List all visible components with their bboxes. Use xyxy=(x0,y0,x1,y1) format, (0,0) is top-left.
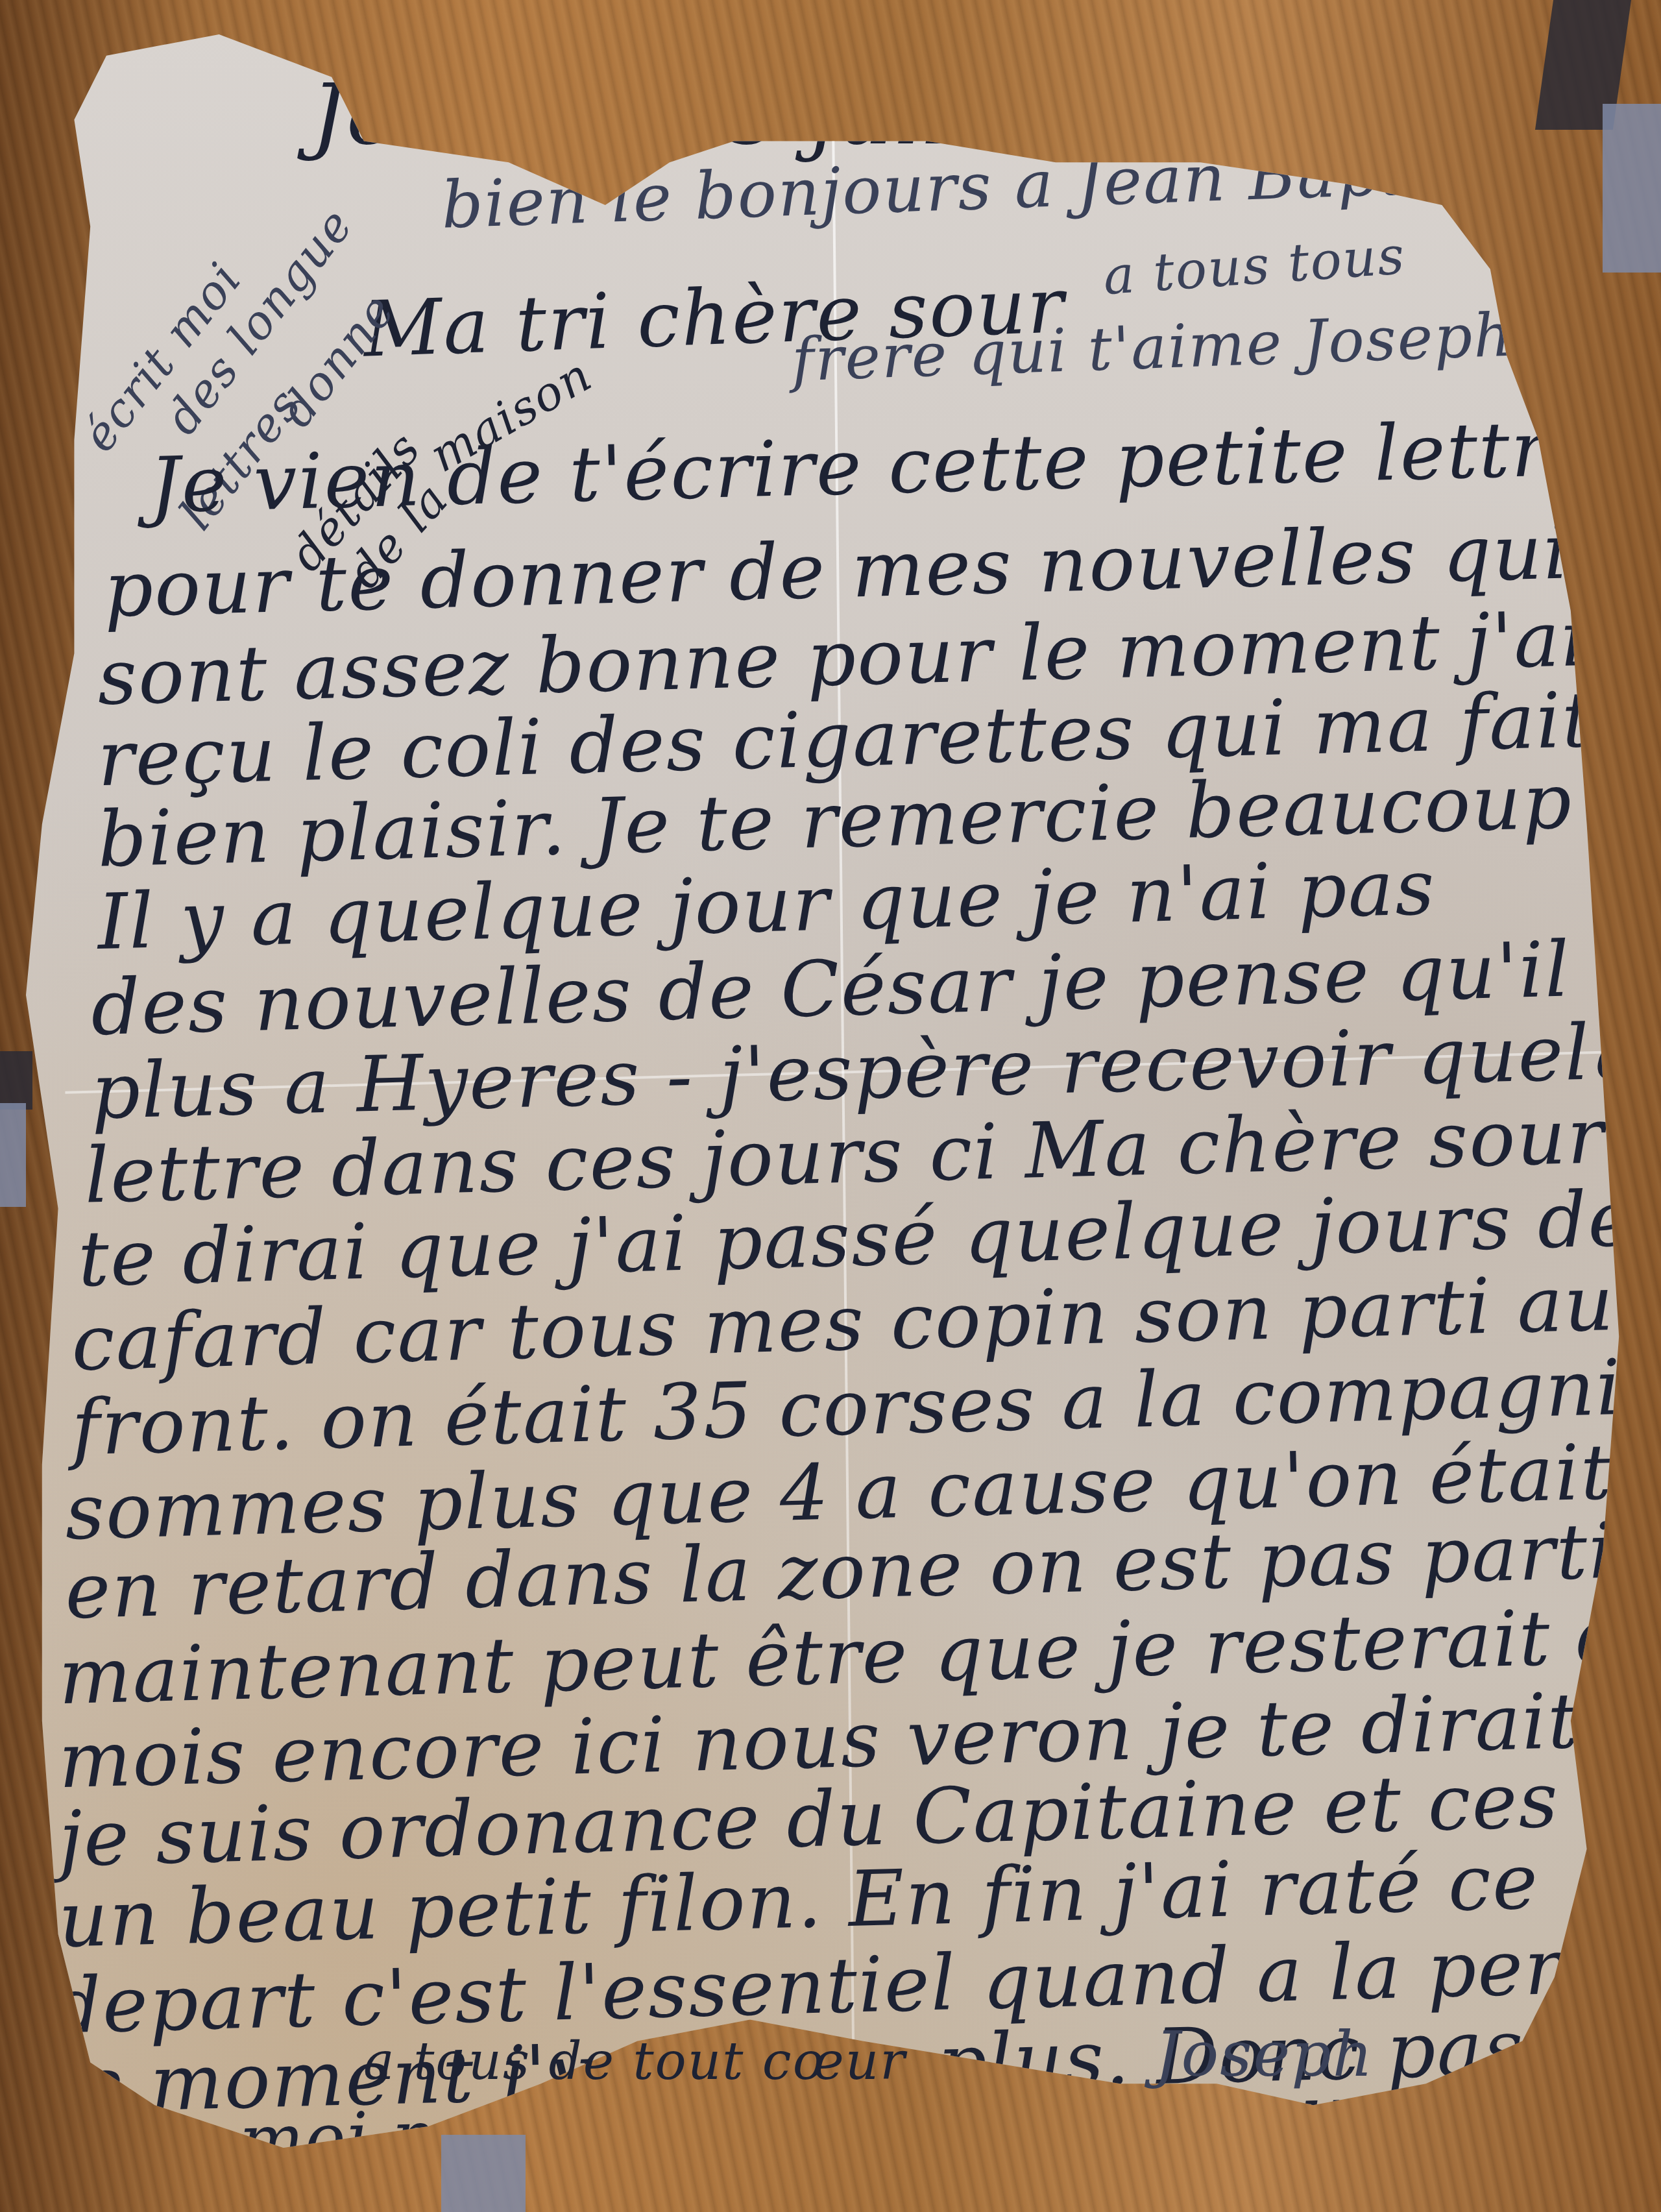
blue-background-right xyxy=(1603,104,1661,273)
dark-gap-left xyxy=(0,1051,32,1110)
signature: Joseph xyxy=(1155,2018,1374,2091)
body-line: Je vien de t'écrire cette petite lettre xyxy=(149,409,1596,524)
letter-paper: Jeudi le 25 juillet 1917 bien le bonjour… xyxy=(26,13,1635,2148)
blue-gap-left xyxy=(0,1103,26,1207)
greeting-line-2: a tous tous xyxy=(1102,230,1407,302)
blue-background-bottom xyxy=(441,2135,526,2212)
closing-text: a tous de tout cœur xyxy=(363,2031,906,2091)
